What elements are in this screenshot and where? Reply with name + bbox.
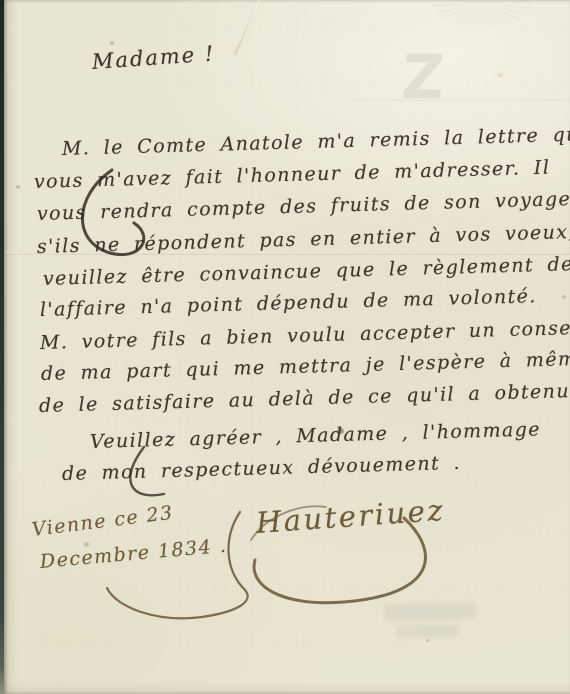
fox-spot — [426, 639, 429, 642]
body-line-3: vous rendra compte des fruits de son voy… — [37, 187, 570, 225]
fold-crease-faint — [350, 98, 570, 101]
body-line-5: veuillez être convaincue que le règlemen… — [43, 253, 570, 290]
paper-watermark-z: Z — [400, 47, 446, 108]
pencil-smudge — [385, 601, 476, 621]
pencil-smudge — [397, 624, 459, 639]
body-line-7: M. votre fils a bien voulu accepter un c… — [40, 317, 570, 354]
body-line-2: vous m'avez fait l'honneur de m'adresser… — [34, 157, 551, 193]
fox-spot — [498, 73, 503, 77]
closing-line-1: Veuillez agréer , Madame , l'hommage — [90, 418, 541, 453]
place-date-line-2: Decembre 1834 . — [39, 535, 228, 573]
salutation: Madame ! — [91, 41, 216, 74]
fox-spot — [16, 185, 20, 189]
body-line-4: s'ils ne répondent pas en entier à vos v… — [37, 221, 570, 258]
body-line-1: M. le Comte Anatole m'a remis la lettre … — [62, 123, 570, 160]
place-date-line-1: Vienne ce 23 — [31, 502, 175, 541]
fox-spot — [562, 295, 566, 299]
body-line-8: de ma part qui me mettra je l'espère à m… — [41, 348, 570, 385]
letter-photo: Z Madame ! M. le Comte Anatole m'a remis… — [0, 0, 570, 694]
paper-sheet: Z Madame ! M. le Comte Anatole m'a remis… — [4, 0, 570, 694]
fold-crease-diagonal — [234, 0, 262, 55]
embossed-fan-mark — [432, 0, 532, 28]
body-line-6: l'affaire n'a point dépendu de ma volont… — [40, 285, 537, 321]
body-line-9: de le satisfaire au delà de ce qu'il a o… — [39, 380, 570, 417]
fox-spot — [110, 41, 114, 45]
closing-line-2: de mon respectueux dévouement . — [62, 452, 462, 485]
signature: Hauteriuez — [255, 493, 446, 540]
